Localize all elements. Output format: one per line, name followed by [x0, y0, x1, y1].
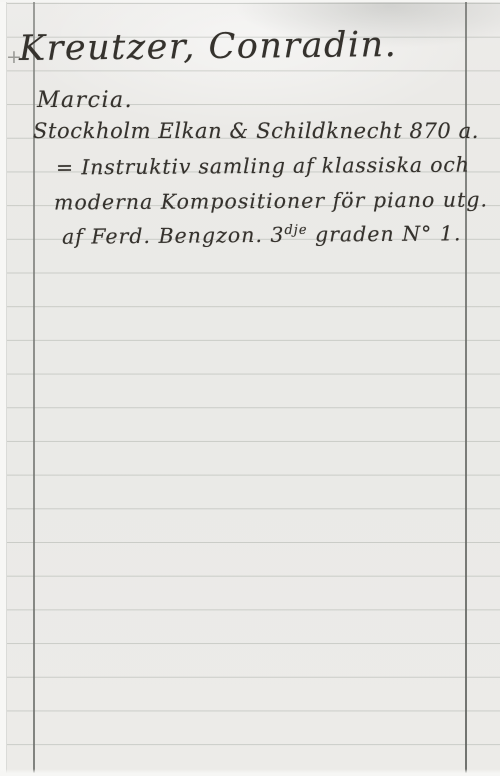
- ruled-lines: [0, 0, 500, 776]
- publisher-line: Stockholm Elkan & Schildknecht 870 a.: [33, 119, 479, 143]
- heading-composer-name: Kreutzer, Conradin.: [19, 25, 398, 69]
- note-line-3-ordinal: dje: [284, 223, 307, 238]
- left-margin-line: [33, 0, 35, 776]
- note-line-1: = Instruktiv samling af klassiska och: [56, 153, 470, 180]
- note-line-2: moderna Kompositioner för piano utg.: [54, 187, 488, 214]
- right-margin-line: [465, 0, 467, 776]
- scan-edge-bottom: [0, 769, 500, 776]
- scan-edge-left: [0, 0, 7, 776]
- note-line-3-start: af Ferd. Bengzon. 3: [62, 223, 285, 249]
- note-line-3: af Ferd. Bengzon. 3dje graden N° 1.: [62, 221, 462, 248]
- note-line-3-end: graden N° 1.: [307, 221, 461, 246]
- scan-edge-top: [0, 0, 500, 2]
- scanned-catalog-card: + Kreutzer, Conradin. Marcia. Stockholm …: [0, 0, 500, 776]
- work-title: Marcia.: [37, 88, 133, 113]
